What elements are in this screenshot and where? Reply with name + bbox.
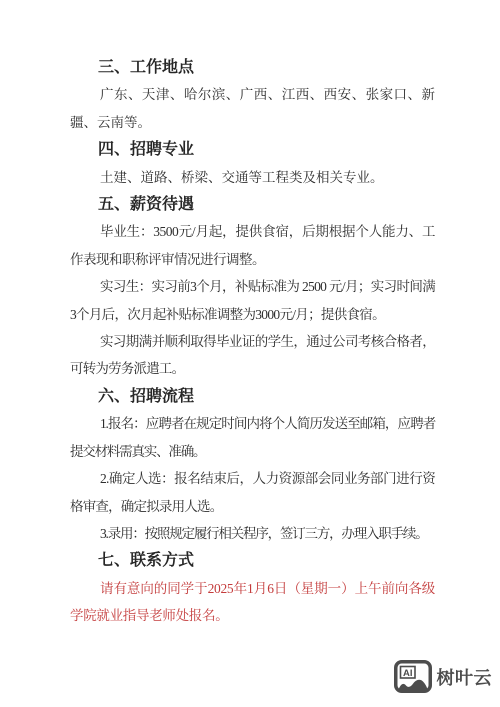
document-content: 三、工作地点 广东、天津、哈尔滨、广西、江西、西安、张家口、新疆、云南等。 四、…	[70, 54, 435, 630]
paragraph-graduate-salary: 毕业生：3500元/月起，提供食宿，后期根据个人能力、工作表现和职称评审情况进行…	[70, 218, 435, 273]
section-heading-contact: 七、联系方式	[70, 547, 435, 574]
paragraph-work-locations: 广东、天津、哈尔滨、广西、江西、西安、张家口、新疆、云南等。	[70, 81, 435, 136]
paragraph-process-selection: 2.确定人选：报名结束后，人力资源部会同业务部门进行资格审查，确定拟录用人选。	[70, 465, 435, 520]
paragraph-intern-conversion: 实习期满并顺利取得毕业证的学生，通过公司考核合格者，可转为劳务派遣工。	[70, 328, 435, 383]
section-heading-process: 六、招聘流程	[70, 383, 435, 410]
watermark: AI 树叶云	[394, 660, 493, 693]
watermark-brand: 树叶云	[437, 664, 493, 690]
document-page: 三、工作地点 广东、天津、哈尔滨、广西、江西、西安、张家口、新疆、云南等。 四、…	[0, 0, 500, 707]
ai-image-icon: AI	[394, 660, 432, 693]
paragraph-process-signup: 1.报名：应聘者在规定时间内将个人简历发送至邮箱，应聘者提交材料需真实、准确。	[70, 410, 435, 465]
section-heading-salary: 五、薪资待遇	[70, 191, 435, 218]
paragraph-process-hire: 3.录用：按照规定履行相关程序，签订三方，办理入职手续。	[70, 520, 435, 547]
ai-logo-text: AI	[403, 668, 413, 679]
mountain-shape	[398, 680, 427, 690]
paragraph-intern-salary: 实习生：实习前3个月，补贴标准为 2500 元/月；实习时间满3个月后，次月起补…	[70, 273, 435, 328]
section-heading-work-location: 三、工作地点	[70, 54, 435, 81]
paragraph-majors: 土建、道路、桥梁、交通等工程类及相关专业。	[70, 164, 435, 191]
section-heading-majors: 四、招聘专业	[70, 136, 435, 163]
paragraph-contact-deadline: 请有意向的同学于2025年1月6日（星期一）上午前向各级学院就业指导老师处报名。	[70, 575, 435, 630]
